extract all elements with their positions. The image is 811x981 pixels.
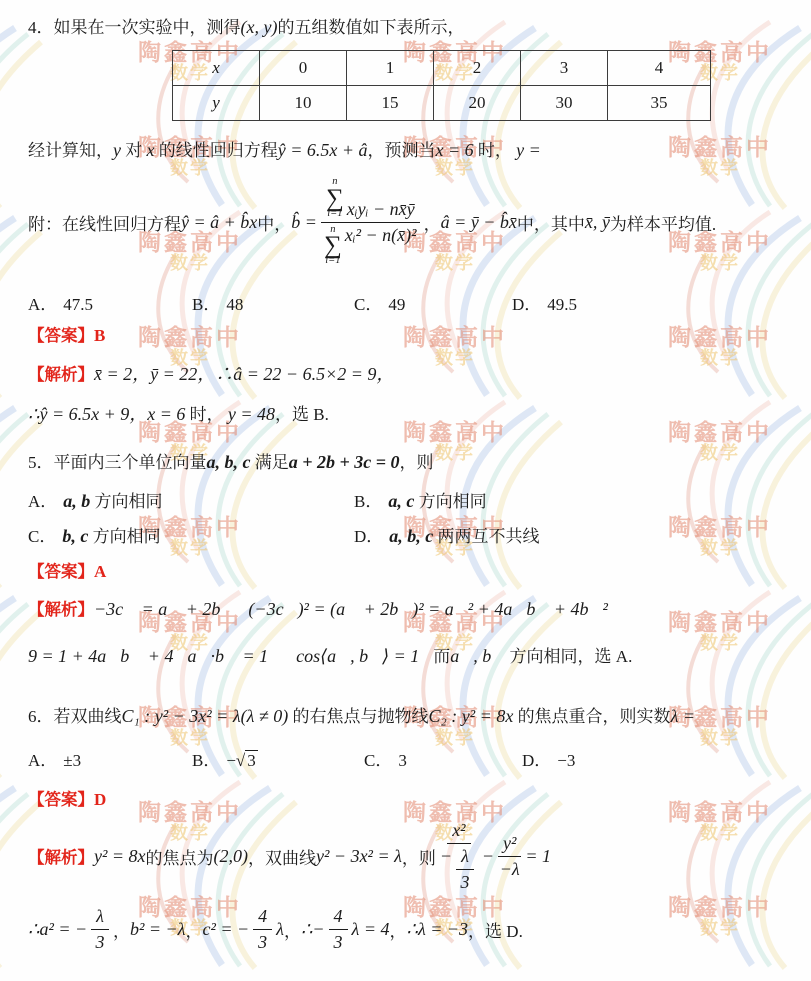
q6-options: A．±3 B．−√3 C．3 D．−3 xyxy=(28,746,788,772)
option-math: a, c xyxy=(388,491,414,511)
seg-math: ∴− xyxy=(301,919,325,940)
seg: 的焦点为 xyxy=(146,844,214,869)
seg: ，双曲线 xyxy=(248,844,316,869)
option-value: −3 xyxy=(557,751,575,770)
exam-document: 4．如果在一次实验中，测得(x, y)的五组数值如下表所示， x 0 1 2 3… xyxy=(0,0,811,981)
cell-y-0: 10 xyxy=(260,86,347,121)
seg-math: y² = 8x xyxy=(94,846,146,867)
seg: ， xyxy=(284,917,301,942)
cell-x-1: 1 xyxy=(347,51,434,86)
seg-math: x xyxy=(147,140,155,160)
option-label: D． xyxy=(522,751,551,770)
fraction-denominator: 3 xyxy=(96,930,105,953)
minus-sign: − xyxy=(482,846,494,867)
q6-answer-row: 【答案】D xyxy=(28,786,106,810)
seg: ，选 B. xyxy=(275,405,329,424)
q5-options-row2: C．b, c 方向相同 D．a, b, c 两两互不共线 xyxy=(28,522,788,544)
seg: 满足 xyxy=(255,453,289,472)
seg-math: λ = 4 xyxy=(352,919,390,940)
seg-math: (2,0) xyxy=(214,846,249,867)
seg-math: y = 48 xyxy=(228,404,275,424)
seg-math: b̂ = xyxy=(291,212,317,233)
seg-math: b² = −λ xyxy=(130,919,186,940)
seg: ，选 D. xyxy=(468,917,523,942)
cell-x-header: x xyxy=(173,51,260,86)
small-fraction: 43 xyxy=(329,906,348,953)
q4-stem: 4．如果在一次实验中，测得(x, y)的五组数值如下表所示， xyxy=(28,13,464,38)
option-label: B． xyxy=(192,751,220,770)
option-label: C． xyxy=(354,295,382,314)
option-text: 方向相同 xyxy=(93,527,161,546)
seg: 而 xyxy=(433,647,450,666)
fraction-denominator: − λ 3 xyxy=(440,844,478,893)
option-text: 两两互不共线 xyxy=(438,527,540,546)
minus-sign: − xyxy=(440,846,452,867)
q4-analysis-line1: 【解析】x̄ = 2，ȳ = 22，∴â = 22 − 6.5×2 = 9， xyxy=(28,360,394,386)
seg-math: = 1 xyxy=(525,846,551,867)
q5-answer-row: 【答案】A xyxy=(28,558,106,582)
option-value: 3 xyxy=(398,751,407,770)
cell-x-0: 0 xyxy=(260,51,347,86)
seg: ， xyxy=(424,210,441,235)
nested-fraction: λ 3 xyxy=(456,846,474,893)
seg: 对 xyxy=(125,141,142,160)
seg: 经计算知， xyxy=(28,141,113,160)
q5-option-c: C．b, c 方向相同 xyxy=(28,522,161,547)
q5-option-a: A．a, b 方向相同 xyxy=(28,487,163,512)
small-fraction: 43 xyxy=(253,906,272,953)
sigma-icon: ∑ xyxy=(324,235,342,256)
table-row-x: x 0 1 2 3 4 xyxy=(173,51,711,86)
q4-option-d: D．49.5 xyxy=(512,290,577,315)
seg: ， xyxy=(113,917,130,942)
seg-math: x̄, ȳ xyxy=(585,212,610,233)
fraction-denominator: −λ xyxy=(500,857,520,880)
seg-math: λ = xyxy=(671,706,695,726)
seg-math: y = xyxy=(516,140,541,160)
option-label: C． xyxy=(364,751,392,770)
q4-stem-text2: 的五组数值如下表所示， xyxy=(277,18,464,37)
option-value: 49.5 xyxy=(547,295,577,314)
seg: 时， xyxy=(190,405,224,424)
q6-analysis-line2: ∴a² = − λ3 ， b² = −λ ， c² = − 43 λ ， ∴− … xyxy=(28,900,523,958)
q4-stem-math: (x, y) xyxy=(241,17,278,37)
q4-data-table: x 0 1 2 3 4 y 10 15 20 30 35 xyxy=(172,50,711,121)
cell-y-3: 30 xyxy=(521,86,608,121)
seg: 方向相同，选 A. xyxy=(510,647,633,666)
option-math: a, b xyxy=(63,491,90,511)
seg: ，则 xyxy=(402,844,436,869)
option-value: 49 xyxy=(388,295,405,314)
option-label: D． xyxy=(512,295,541,314)
fraction-denominator: 3 xyxy=(334,930,343,953)
seg-math: a⃗, b⃗ xyxy=(450,646,505,666)
answer-label: 【答案】 xyxy=(28,791,94,809)
fraction-numerator: x² xyxy=(447,820,470,844)
cell-x-4: 4 xyxy=(608,51,711,86)
q6-option-b: B．−√3 xyxy=(192,746,258,771)
seg-math: x̄ = 2，ȳ = 22，∴â = 22 − 6.5×2 = 9， xyxy=(94,364,394,384)
seg-math: ∴λ = −3 xyxy=(407,919,469,940)
option-label: B． xyxy=(354,492,382,511)
small-fraction: λ3 xyxy=(91,906,109,953)
option-label: C． xyxy=(28,527,56,546)
q4-stem-text: 4．如果在一次实验中，测得 xyxy=(28,18,241,37)
q4-analysis-line2: ∴ŷ = 6.5x + 9，x = 6 时， y = 48，选 B. xyxy=(28,400,329,426)
option-value: ±3 xyxy=(63,751,81,770)
q6-analysis-line1: 【解析】 y² = 8x 的焦点为 (2,0) ，双曲线 y² − 3x² = … xyxy=(28,816,551,896)
answer-value: B xyxy=(94,326,105,345)
fraction-denominator: 3 xyxy=(460,870,469,893)
q6-option-c: C．3 xyxy=(364,746,407,771)
option-label: A． xyxy=(28,295,57,314)
sum-lower: i=1 xyxy=(327,209,342,220)
fraction-numerator: λ xyxy=(456,846,474,870)
q4-regression-note: 附：在线性回归方程 ŷ = â + b̂x 中， b̂ = n ∑ i=1 xᵢ… xyxy=(28,170,716,274)
seg: 的右焦点与抛物线 xyxy=(293,707,429,726)
option-math: b, c xyxy=(62,526,88,546)
table-row-y: y 10 15 20 30 35 xyxy=(173,86,711,121)
seg: 中， xyxy=(257,210,291,235)
option-label: A． xyxy=(28,492,57,511)
seg: 中，其中 xyxy=(517,210,585,235)
q5-stem: 5．平面内三个单位向量a, b, c 满足a + 2b + 3c = 0，则 xyxy=(28,448,434,473)
option-label: A． xyxy=(28,751,57,770)
cell-y-2: 20 xyxy=(434,86,521,121)
q5-option-d: D．a, b, c 两两互不共线 xyxy=(354,522,540,547)
q4-options: A．47.5 B．48 C．49 D．49.5 xyxy=(28,290,788,312)
seg-math: λ xyxy=(276,919,284,940)
option-label: D． xyxy=(354,527,383,546)
analysis-label: 【解析】 xyxy=(28,601,94,619)
seg-math: y xyxy=(113,140,121,160)
seg: 6．若双曲线 xyxy=(28,707,122,726)
q4-computed-line: 经计算知，y 对 x 的线性回归方程ŷ = 6.5x + â，预测当x = 6 … xyxy=(28,136,541,161)
cell-y-header: y xyxy=(173,86,260,121)
seg: 的焦点重合，则实数 xyxy=(518,707,671,726)
option-value: 47.5 xyxy=(63,295,93,314)
option-math: a, b, c xyxy=(389,526,433,546)
seg-math: ŷ = 6.5x + â xyxy=(278,140,368,160)
sum-symbol: n ∑ i=1 xyxy=(324,225,342,267)
seg-math: ∴a² = − xyxy=(28,919,87,940)
seg: 为样本平均值. xyxy=(610,210,716,235)
seg-math: ŷ = â + b̂x xyxy=(181,212,257,233)
seg-math: y² − 3x² = λ xyxy=(316,846,402,867)
sum-symbol: n ∑ i=1 xyxy=(326,177,344,219)
q4-option-b: B．48 xyxy=(192,290,243,315)
option-radical-sign: −√ xyxy=(226,751,245,770)
seg-vector: a, b, c xyxy=(207,452,251,472)
q5-options-row1: A．a, b 方向相同 B．a, c 方向相同 xyxy=(28,487,788,509)
seg-math: c² = − xyxy=(202,919,249,940)
hyperbola-fraction-y: y² −λ xyxy=(498,833,521,880)
q6-stem: 6．若双曲线C₁ : y² − 3x² = λ(λ ≠ 0) 的右焦点与抛物线C… xyxy=(28,702,695,727)
seg: 时， xyxy=(478,141,512,160)
seg: 5．平面内三个单位向量 xyxy=(28,453,207,472)
seg: 附：在线性回归方程 xyxy=(28,210,181,235)
answer-label: 【答案】 xyxy=(28,327,94,345)
regression-fraction: n ∑ i=1 xᵢyᵢ − nx̄ȳ n ∑ i=1 xᵢ² − n(x̄)² xyxy=(321,177,420,267)
option-value: 48 xyxy=(226,295,243,314)
cell-x-2: 2 xyxy=(434,51,521,86)
seg-math: C₁ : y² − 3x² = λ(λ ≠ 0) xyxy=(122,706,289,726)
q5-option-b: B．a, c 方向相同 xyxy=(354,487,487,512)
seg: ， xyxy=(390,917,407,942)
seg: ，预测当 xyxy=(368,141,436,160)
seg-math: −3c⃗ = a⃗ + 2b⃗，(−3c⃗)² = (a⃗ + 2b⃗)² = … xyxy=(94,599,608,619)
fraction-numerator: n ∑ i=1 xᵢyᵢ − nx̄ȳ xyxy=(321,177,420,222)
option-label: B． xyxy=(192,295,220,314)
cell-y-4: 35 xyxy=(608,86,711,121)
option-text: 方向相同 xyxy=(95,492,163,511)
seg-math: xᵢyᵢ − nx̄ȳ xyxy=(347,199,415,220)
seg: ， xyxy=(185,917,202,942)
cell-y-1: 15 xyxy=(347,86,434,121)
q4-answer-row: 【答案】B xyxy=(28,322,105,346)
q6-option-d: D．−3 xyxy=(522,746,575,771)
q5-analysis-line2: 9 = 1 + 4a⃗b⃗ + 4，a⃗·b⃗ = 1，∴cos⟨a⃗, b⃗⟩… xyxy=(28,642,632,667)
analysis-label: 【解析】 xyxy=(28,844,94,868)
option-radicand: 3 xyxy=(245,750,258,770)
seg: ，则 xyxy=(400,453,434,472)
seg-math: C₂ : y² = 8x xyxy=(429,706,514,726)
q6-option-a: A．±3 xyxy=(28,746,81,771)
hyperbola-fraction-x: x² − λ 3 xyxy=(440,820,478,893)
q5-analysis-line1: 【解析】−3c⃗ = a⃗ + 2b⃗，(−3c⃗)² = (a⃗ + 2b⃗)… xyxy=(28,596,608,620)
answer-value: D xyxy=(94,790,106,809)
fraction-numerator: 4 xyxy=(329,906,348,930)
answer-label: 【答案】 xyxy=(28,563,94,581)
sigma-icon: ∑ xyxy=(326,188,344,209)
seg-math: 9 = 1 + 4a⃗b⃗ + 4，a⃗·b⃗ = 1，∴cos⟨a⃗, b⃗⟩… xyxy=(28,646,433,666)
seg-math: â = ȳ − b̂x̄ xyxy=(441,212,517,233)
option-text: 方向相同 xyxy=(419,492,487,511)
seg: 的线性回归方程 xyxy=(159,141,278,160)
fraction-numerator: λ xyxy=(91,906,109,930)
fraction-numerator: y² xyxy=(498,833,521,857)
seg-math: ∴ŷ = 6.5x + 9，x = 6 xyxy=(28,404,185,424)
q4-option-c: C．49 xyxy=(354,290,405,315)
seg-math: xᵢ² − n(x̄)² xyxy=(345,225,417,246)
answer-value: A xyxy=(94,562,106,581)
analysis-label: 【解析】 xyxy=(28,366,94,384)
seg-vector: a + 2b + 3c = 0 xyxy=(289,452,400,472)
fraction-numerator: 4 xyxy=(253,906,272,930)
q4-option-a: A．47.5 xyxy=(28,290,93,315)
seg-math: x = 6 xyxy=(436,140,474,160)
cell-x-3: 3 xyxy=(521,51,608,86)
fraction-denominator: n ∑ i=1 xᵢ² − n(x̄)² xyxy=(324,223,417,267)
fraction-denominator: 3 xyxy=(258,930,267,953)
sum-lower: i=1 xyxy=(325,256,340,267)
